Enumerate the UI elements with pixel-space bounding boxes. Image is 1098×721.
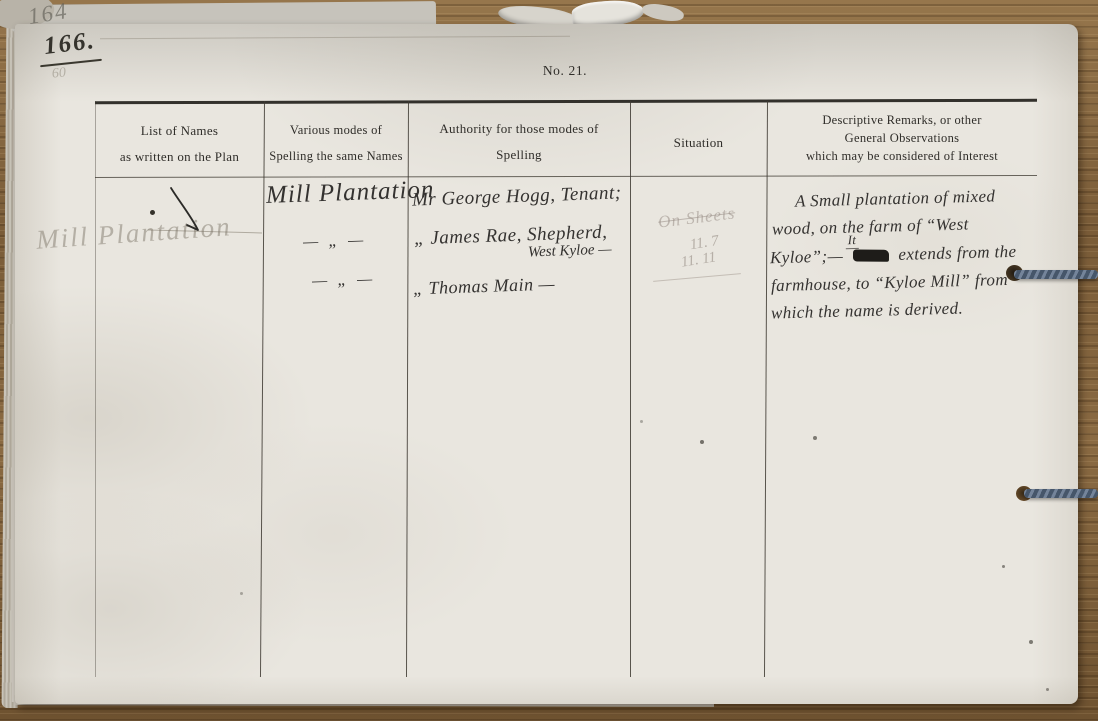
entry-spelling-ditto-2: — „ — (312, 269, 373, 291)
entry-spelling-name: Mill Plantation (266, 176, 435, 210)
photographed-ledger-scene: 164 166. 60 No. 21. List of Names as wri… (0, 0, 1098, 721)
header-remarks-line1: Descriptive Remarks, or other (767, 114, 1037, 127)
paper-speck (240, 592, 243, 595)
remarks-line3-start: Kyloe”;— (770, 246, 844, 267)
entry-authority-line3: West Kyloe — (528, 242, 612, 262)
paper-speck (1029, 640, 1033, 644)
header-spelling-line1: Various modes of (264, 124, 408, 137)
ink-speck (150, 210, 155, 215)
entry-spelling-ditto-1: — „ — (303, 230, 364, 252)
pencil-number: 60 (51, 65, 66, 82)
header-spelling-line2: Spelling the same Names (264, 150, 408, 163)
header-remarks-line3: which may be considered of Interest (767, 150, 1037, 163)
remarks-line3-end: extends from the (898, 242, 1017, 264)
header-names-line1: List of Names (95, 124, 264, 138)
paper-speck (700, 440, 704, 444)
paper-speck (1046, 688, 1049, 691)
torn-paper-piece-small (641, 1, 685, 23)
header-authority-line1: Authority for those modes of (408, 122, 630, 136)
remarks-line3-insert: It (845, 232, 858, 249)
paper-speck (813, 436, 817, 440)
ink-scribble (853, 249, 889, 261)
paper-speck (1002, 565, 1005, 568)
ink-tick-mark (166, 186, 204, 236)
header-situation: Situation (630, 136, 767, 150)
column-divider-3 (630, 101, 631, 677)
form-number: No. 21. (495, 64, 635, 78)
header-names-line2: as written on the Plan (95, 150, 264, 164)
binding-thread-top (1014, 270, 1098, 279)
paper-speck (640, 420, 643, 423)
table-left-border (95, 101, 96, 677)
header-authority-line2: Spelling (408, 148, 630, 162)
binding-thread-bottom (1024, 489, 1098, 498)
header-remarks-line2: General Observations (767, 132, 1037, 145)
